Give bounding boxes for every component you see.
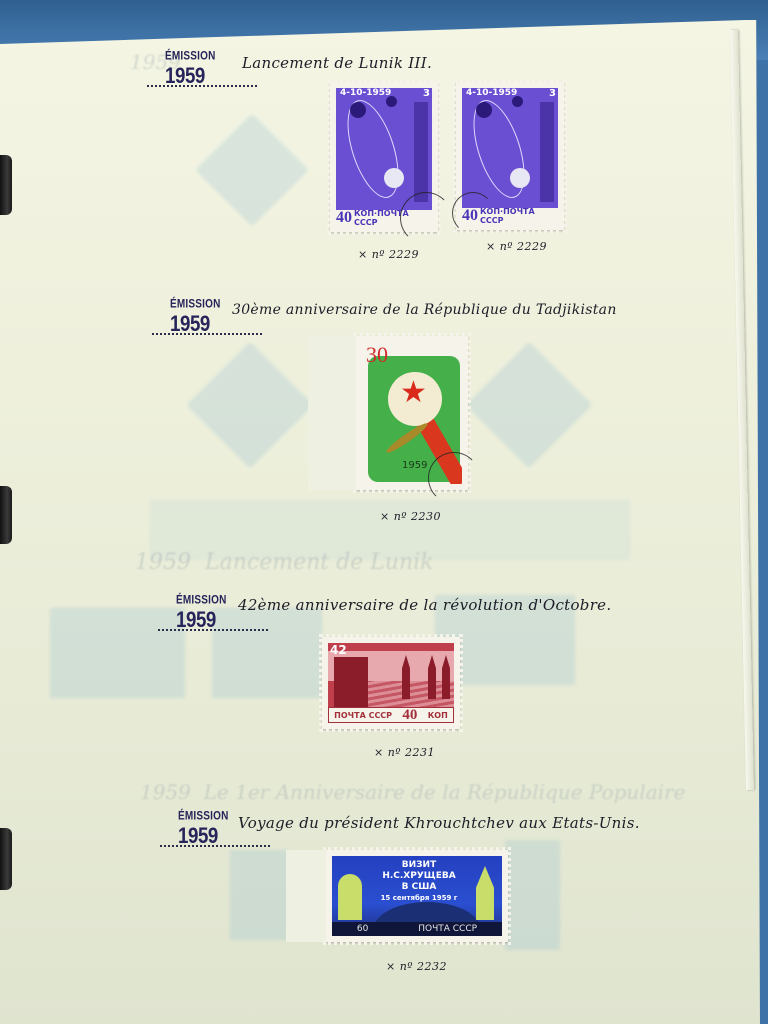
ghost-stamp [186,341,313,468]
ghost-stamp [230,850,290,940]
stamp-date: 4-10-1959 [340,88,391,98]
section-title: Voyage du président Khrouchtchev aux Eta… [238,814,640,832]
catalog-number: × nº 2232 [386,960,447,973]
moon-icon [476,102,492,118]
emission-stamp: ÉMISSION 1959 [176,596,227,631]
stamp-khrushchev-visit: ВИЗИТ Н.С.ХРУЩЕВА В США 15 сентября 1959… [326,850,508,942]
emission-stamp: ÉMISSION 1959 [170,300,221,335]
stamp-sheet-margin [308,336,356,490]
emission-stamp: ÉMISSION 1959 [178,812,229,847]
section-title: 30ème anniversaire de la République du T… [232,302,617,318]
tower-icon [540,102,554,202]
ghost-stamp [50,608,185,698]
stamp-lunik-1: 4-10-1959 3 40 КОП·ПОЧТА СССР [330,82,438,232]
catalog-number: × nº 2230 [380,510,441,523]
postmark [452,192,494,234]
binder-hole [0,828,12,890]
capitol-icon [338,874,362,920]
moon-icon [350,102,366,118]
emission-label: ÉMISSION [170,299,221,311]
stamp-date: 4-10-1959 [466,88,517,98]
ghost-text: 1959 Le 1er Anniversaire de la Républiqu… [140,780,685,804]
stamp-unit: КОП [428,711,448,720]
caption-line: ВИЗИТ [372,860,466,871]
caption-line: 15 сентября 1959 г [372,893,466,904]
stamp-anniversary-number: 42 [330,643,347,657]
emission-year: 1959 [176,609,219,631]
stamp-year: 1959 [402,460,427,471]
emission-year: 1959 [178,825,221,847]
stamp-october-revolution: 42 ПОЧТА СССР 40 КОП [322,637,460,729]
ghost-text: 1959 Lancement de Lunik [135,550,434,575]
ghost-stamp [505,840,560,950]
catalog-number: × nº 2231 [374,746,435,759]
ghost-stamp [212,608,322,698]
stamp-lunik-2: 4-10-1959 3 40 КОП·ПОЧТА СССР [456,82,564,230]
emission-label: ÉMISSION [176,595,227,607]
station-icon [386,96,397,107]
stamp-inscription: ПОЧТА СССР [334,711,392,720]
earth-icon [510,168,530,188]
stamp-inscription: ПОЧТА СССР [418,924,477,934]
binder-hole [0,155,12,215]
postmark [428,452,480,504]
catalog-number: × nº 2229 [486,240,547,253]
stamp-anniversary-number: 30 [366,342,388,368]
emission-stamp: ÉMISSION 1959 [165,52,216,87]
dotted-line [147,85,257,87]
album-page: 1959 Lancement de Lunik 1959 Le 1er Anni… [0,20,760,1024]
stamp-corner-value: 3 [423,88,430,99]
binder-hole [0,486,12,544]
emission-year: 1959 [170,313,213,335]
orbit-line [337,94,408,204]
postmark [400,192,452,244]
star-icon: ★ [400,378,427,408]
caption-line: Н.С.ХРУЩЕВА [372,871,466,882]
dotted-line [152,333,262,335]
earth-icon [384,168,404,188]
emission-label: ÉMISSION [178,811,229,823]
tower-icon [414,102,428,202]
stamp-sheet-margin [286,850,326,942]
stamp-band: ПОЧТА СССР 40 КОП [328,707,454,723]
stamp-corner-value: 3 [549,88,556,99]
ghost-stamp [465,341,592,468]
stamp-denomination: 60 [357,924,368,934]
emission-label: ÉMISSION [165,51,216,63]
stamp-tajikistan: ★ 30 1959 [356,336,468,490]
section-title: 42ème anniversaire de la révolution d'Oc… [238,596,611,614]
page-edge [730,30,754,790]
stamp-band: 60 ПОЧТА СССР [332,922,502,936]
station-icon [512,96,523,107]
caption-line: В США [372,882,466,893]
stamp-denomination: 40 [402,707,417,724]
orbit-line [463,94,534,204]
stamp-caption: ВИЗИТ Н.С.ХРУЩЕВА В США 15 сентября 1959… [372,860,466,904]
stamp-design: ВИЗИТ Н.С.ХРУЩЕВА В США 15 сентября 1959… [332,856,502,936]
ghost-stamp [195,113,308,226]
stamp-design: 42 ПОЧТА СССР 40 КОП [328,643,454,723]
kremlin-icon [476,866,494,920]
dotted-line [160,845,270,847]
stamp-denomination: 40 [336,209,352,226]
dotted-line [158,629,268,631]
section-title: Lancement de Lunik III. [242,54,432,72]
catalog-number: × nº 2229 [358,248,419,261]
emission-year: 1959 [165,65,208,87]
